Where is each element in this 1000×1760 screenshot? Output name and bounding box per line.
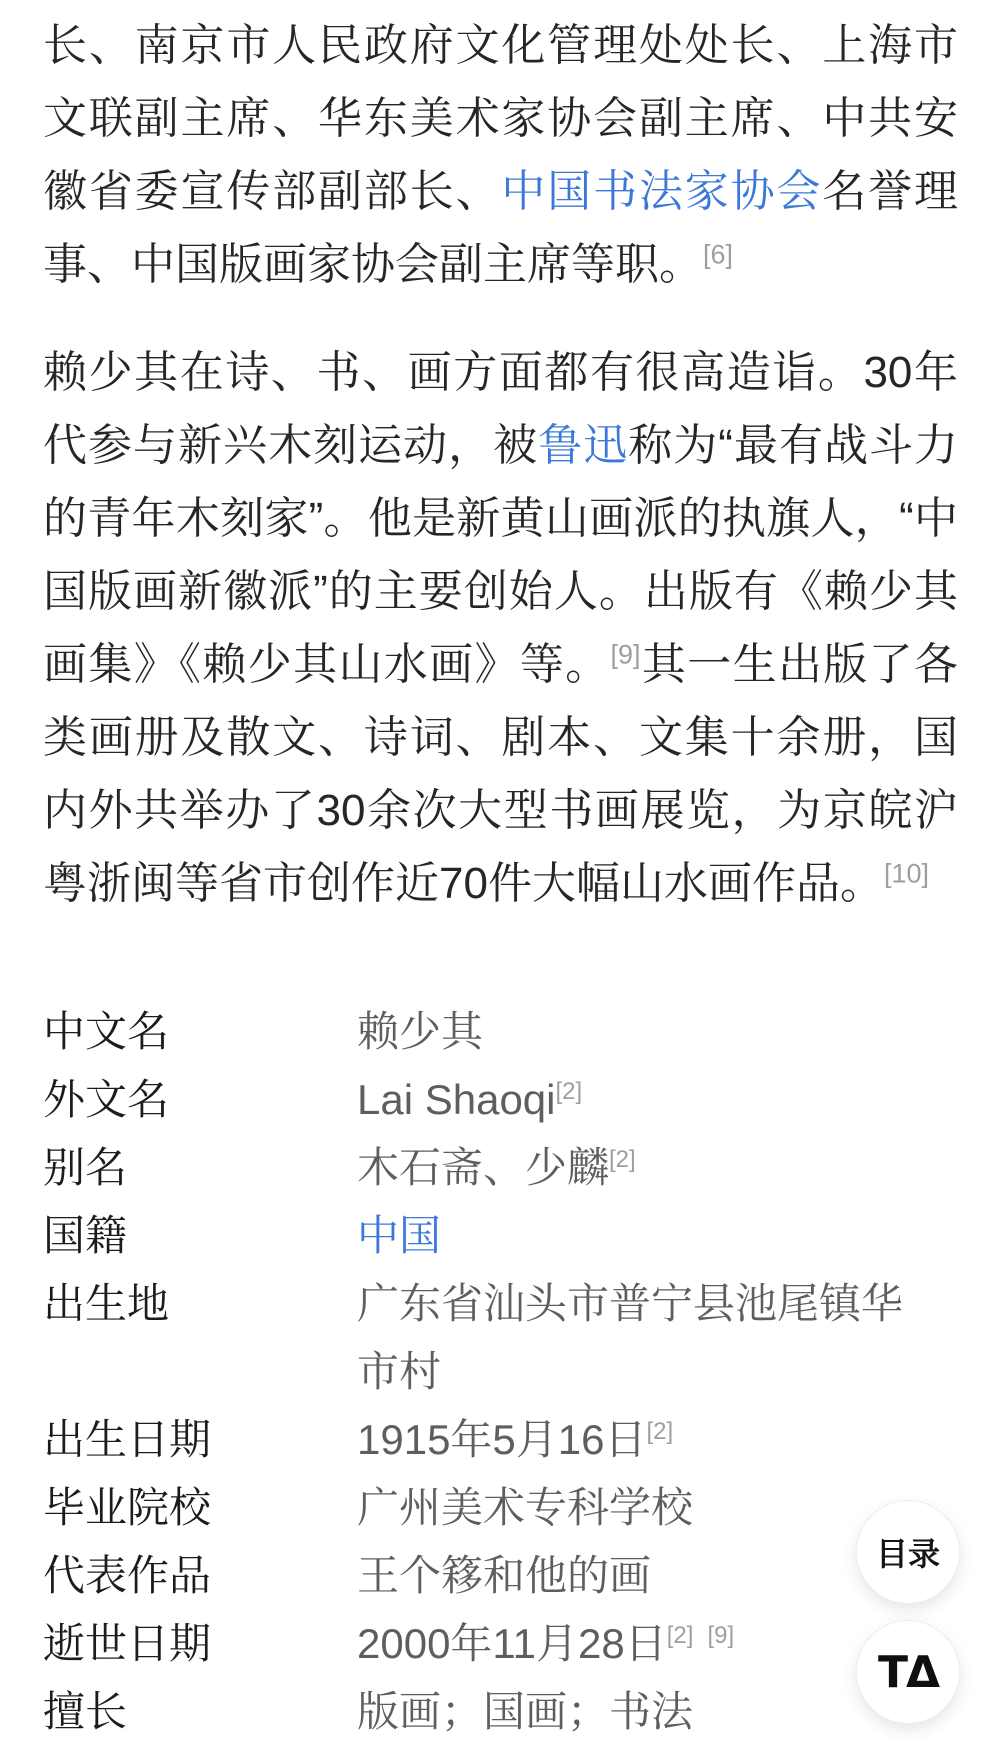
infobox-row: 国籍中国	[43, 1202, 958, 1270]
text-run: 木石斋、少麟	[357, 1144, 609, 1191]
ta-logo: TΔ	[878, 1647, 938, 1698]
article-paragraphs: 长、南京市人民政府文化管理处处长、上海市文联副主席、华东美术家协会副主席、中共安…	[43, 9, 958, 920]
toc-fab-label: 目录	[876, 1529, 940, 1575]
text-run: 王个簃和他的画	[357, 1552, 651, 1599]
infobox-row: 代表作品王个簃和他的画	[43, 1542, 958, 1610]
text-run: 1915年5月16日	[357, 1416, 647, 1463]
infobox-value: 中国	[357, 1202, 441, 1270]
infobox-value: 版画；国画；书法	[357, 1678, 693, 1746]
reference-sup[interactable]: [2]	[556, 1078, 583, 1105]
infobox-value: 赖少其	[357, 998, 483, 1066]
infobox-row: 出生日期1915年5月16日[2]	[43, 1406, 958, 1474]
infobox-row: 擅长版画；国画；书法	[43, 1678, 958, 1746]
infobox-row: 外文名Lai Shaoqi[2]	[43, 1066, 958, 1134]
reference-sup[interactable]: [2]	[647, 1418, 674, 1445]
infobox-row: 别名木石斋、少麟[2]	[43, 1134, 958, 1202]
infobox-label: 擅长	[43, 1678, 357, 1746]
infobox-row: 毕业院校广州美术专科学校	[43, 1474, 958, 1542]
infobox-value: 2000年11月28日[2][9]	[357, 1610, 734, 1678]
reference-sup[interactable]: [10]	[884, 858, 929, 888]
inline-link[interactable]: 中国书法家协会	[501, 167, 822, 216]
infobox-value: Lai Shaoqi[2]	[357, 1066, 582, 1134]
infobox-label: 国籍	[43, 1202, 357, 1270]
inline-link[interactable]: 中国	[357, 1212, 441, 1259]
infobox-label: 代表作品	[43, 1542, 357, 1610]
text-run: 2000年11月28日	[357, 1620, 667, 1667]
toc-fab[interactable]: 目录	[856, 1500, 960, 1604]
infobox-value: 木石斋、少麟[2]	[357, 1134, 636, 1202]
infobox-label: 毕业院校	[43, 1474, 357, 1542]
infobox-label: 出生日期	[43, 1406, 357, 1474]
text-run: Lai Shaoqi	[357, 1076, 556, 1123]
reference-sup[interactable]: [9]	[611, 639, 641, 669]
infobox-label: 出生地	[43, 1270, 357, 1338]
reference-sup[interactable]: [9]	[707, 1622, 734, 1649]
infobox-row: 逝世日期2000年11月28日[2][9]	[43, 1610, 958, 1678]
infobox-label: 外文名	[43, 1066, 357, 1134]
inline-link[interactable]: 鲁迅	[538, 421, 628, 470]
ta-fab[interactable]: TΔ	[856, 1620, 960, 1724]
infobox-label: 中文名	[43, 998, 357, 1066]
paragraph: 赖少其在诗、书、画方面都有很高造诣。30年代参与新兴木刻运动，被鲁迅称为“最有战…	[43, 336, 958, 920]
baike-article-page: { "colors": { "body_text": "#262626", "l…	[0, 0, 1000, 1760]
infobox-value: 广东省汕头市普宁县池尾镇华市村	[357, 1270, 937, 1406]
paragraph: 长、南京市人民政府文化管理处处长、上海市文联副主席、华东美术家协会副主席、中共安…	[43, 9, 958, 301]
infobox-label: 逝世日期	[43, 1610, 357, 1678]
infobox-value: 1915年5月16日[2]	[357, 1406, 673, 1474]
text-run: 版画；国画；书法	[357, 1688, 693, 1735]
text-run: 广州美术专科学校	[357, 1484, 693, 1531]
infobox-label: 别名	[43, 1134, 357, 1202]
infobox-value: 广州美术专科学校	[357, 1474, 693, 1542]
reference-sup[interactable]: [2]	[667, 1622, 694, 1649]
reference-sup[interactable]: [6]	[703, 239, 733, 269]
article-content: 长、南京市人民政府文化管理处处长、上海市文联副主席、华东美术家协会副主席、中共安…	[0, 0, 1000, 1746]
text-run: 赖少其	[357, 1008, 483, 1055]
text-run: 广东省汕头市普宁县池尾镇华市村	[357, 1280, 903, 1395]
infobox-value: 王个簃和他的画	[357, 1542, 651, 1610]
infobox-row: 出生地广东省汕头市普宁县池尾镇华市村	[43, 1270, 958, 1406]
infobox-row: 中文名赖少其	[43, 998, 958, 1066]
infobox: 中文名赖少其外文名Lai Shaoqi[2]别名木石斋、少麟[2]国籍中国出生地…	[43, 998, 958, 1746]
reference-sup[interactable]: [2]	[609, 1146, 636, 1173]
